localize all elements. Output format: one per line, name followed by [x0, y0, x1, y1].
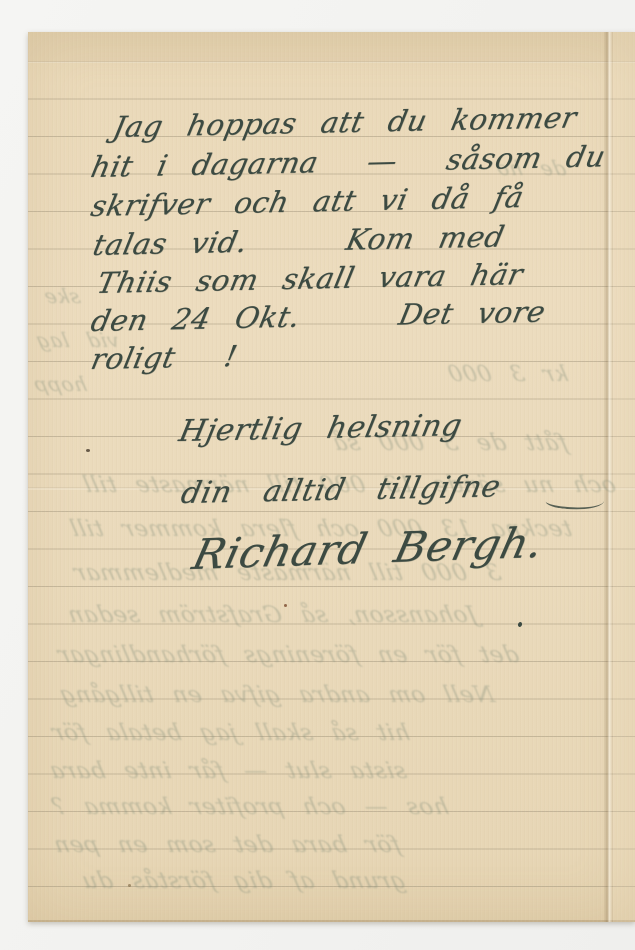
- handwriting-line: hit i dagarna — såsom du: [88, 139, 609, 184]
- ink-speck: [86, 449, 90, 452]
- pen-flourish: [545, 489, 605, 514]
- handwriting-line: talas vid. Kom med: [90, 219, 508, 262]
- handwritten-text: Jag hoppas att du kommer hit i dagarna —…: [28, 32, 635, 922]
- signature-period-dot: [517, 621, 522, 627]
- closing-valediction-line: din alltid tillgifne: [178, 469, 504, 511]
- handwriting-line: Jag hoppas att du kommer: [110, 100, 580, 144]
- handwriting-line: Thiis som skall vara här: [94, 257, 526, 300]
- scan-background: de ho ske vid lag hopp kr 3 000 fått de …: [0, 0, 635, 950]
- letter-page: de ho ske vid lag hopp kr 3 000 fått de …: [28, 32, 635, 922]
- handwriting-line: roligt !: [88, 339, 240, 376]
- handwriting-line: den 24 Okt. Det vore: [88, 295, 549, 338]
- signature: Richard Bergh.: [188, 518, 549, 579]
- ink-speck: [284, 604, 287, 607]
- handwriting-line: skrifver och att vi då få: [88, 180, 527, 223]
- closing-greeting-line: Hjertlig helsning: [176, 408, 465, 449]
- ink-speck: [128, 884, 131, 887]
